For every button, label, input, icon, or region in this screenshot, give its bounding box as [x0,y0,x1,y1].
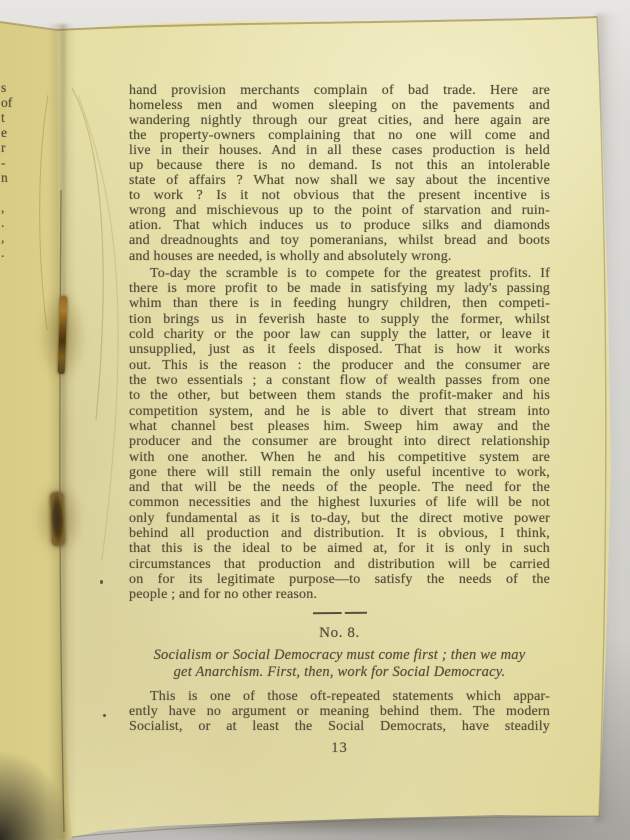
text-line [1,185,17,200]
text-line: . [1,245,17,260]
text-line: competition system, and he is able to di… [129,404,550,419]
facing-page-text-fragments: softer-n,.,. [1,80,17,260]
text-line: there is more profit to be made in satis… [129,281,550,296]
text-line: the property-owners complaining that no … [129,128,550,143]
text-line: , [1,230,17,245]
text-line: only fundamental as it is to-day, but th… [129,511,550,526]
text-line: cold charity or the poor law can supply … [129,327,550,342]
text-line: ently have no argument or meaning behind… [129,704,550,719]
text-line: r [1,140,17,155]
text-line: Socialist, or at least the Social Democr… [129,719,550,734]
text-line: and dreadnoughts and toy pomeranians, wh… [129,233,550,248]
book-page: hand provision merchants complain of bad… [0,0,630,840]
text-line: up because there is no demand. Is not th… [129,158,550,173]
text-line: and houses are needed, is wholly and abs… [129,249,550,264]
text-line: wrong and mischievous up to the point of… [129,203,550,218]
text-line: e [1,125,17,140]
text-line: out. This is the reason : the producer a… [129,358,550,373]
text-line: get Anarchism. First, then, work for Soc… [129,664,550,682]
ink-speck [100,580,103,584]
text-line: Socialism or Social Democracy must come … [129,647,550,665]
text-line: gone there will still remain the only us… [129,465,550,480]
text-line: common necessities and the highest luxur… [129,495,550,510]
text-line: To-day the scramble is to compete for th… [129,266,550,281]
ink-speck [103,714,106,717]
text-line: the two essentials ; a constant flow of … [129,373,550,388]
page-text-block: hand provision merchants complain of bad… [129,83,550,757]
text-line: ation. That which induces us to produce … [129,218,550,233]
text-line: . [1,215,17,230]
text-line: , [1,200,17,215]
text-line: to the other, but between them stands th… [129,388,550,403]
paragraph-this-is-one-of-those: This is one of those oft-repeated statem… [129,689,550,735]
text-line: wandering nightly through our great citi… [129,113,550,128]
text-line: hand provision merchants complain of bad… [129,83,550,98]
book-page-photo: softer-n,.,. hand provision merchants co… [0,0,630,840]
text-line: what channel best pleases him. Sweep him… [129,419,550,434]
text-line: behind all production and distribution. … [129,526,550,541]
text-line: t [1,110,17,125]
text-line: and that will be the needs of the people… [129,480,550,495]
text-line: on for its legitimate purpose—to satisfy… [129,572,550,587]
section-divider-rule [312,611,366,614]
text-line: unsupplied, just as it feels disposed. T… [129,342,550,357]
text-line: state of affairs ? What now shall we say… [129,173,550,188]
text-line: that this is the ideal to be aimed at, f… [129,541,550,556]
text-line: whim than there is in feeding hungry chi… [129,296,550,311]
text-line: people ; and for no other reason. [129,587,550,602]
paragraph-continued-from-previous-page: hand provision merchants complain of bad… [129,83,550,264]
text-line: s [1,80,17,95]
text-line: of [1,95,17,110]
text-line: tion brings us in feverish haste to supp… [129,312,550,327]
text-line: to work ? Is it not obvious that the pre… [129,188,550,203]
page-number: 13 [129,740,550,757]
text-line: producer and the consumer are brought in… [129,434,550,449]
text-line: - [1,155,17,170]
paragraph-today-the-scramble: To-day the scramble is to compete for th… [129,266,550,603]
section-number: No. 8. [129,625,550,641]
text-line: circumstances that production and distri… [129,557,550,572]
section-heading-italic: Socialism or Social Democracy must come … [129,647,550,682]
text-line: live in their houses. And in all these c… [129,143,550,158]
text-line: This is one of those oft-repeated statem… [129,689,550,704]
text-line: homeless men and women sleeping on the p… [129,98,550,113]
text-line: with one another. When he and his compet… [129,450,550,465]
text-line: n [1,170,17,185]
